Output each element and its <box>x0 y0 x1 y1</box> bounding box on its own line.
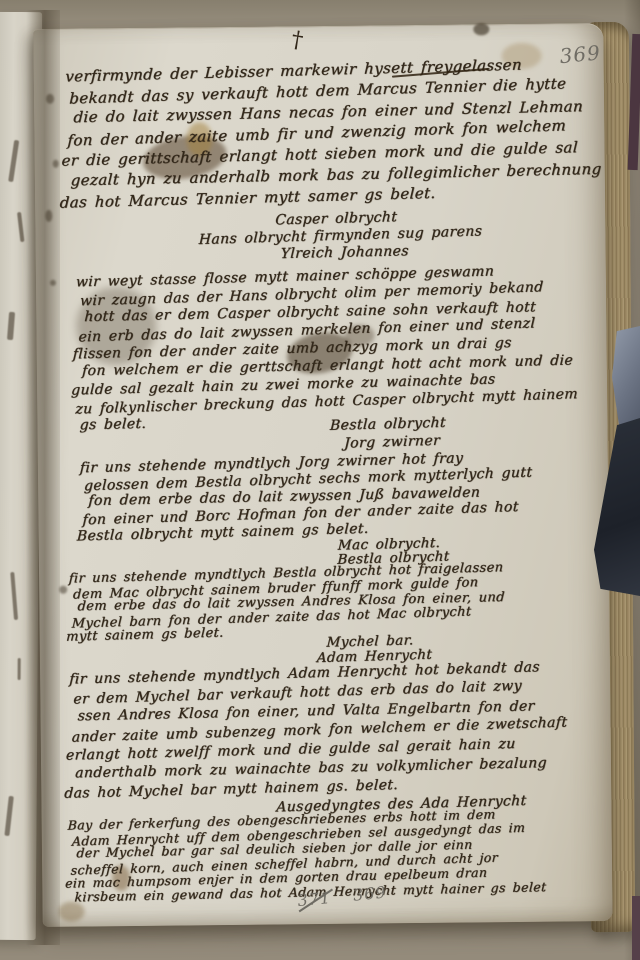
manuscript-paragraph: wir weyt stasse flosse mytt mainer schöp… <box>69 260 576 435</box>
manuscript-page: † 369 verfirmynde der Lebisser markewir … <box>33 23 612 927</box>
stain <box>473 23 489 35</box>
scribal-cross-mark: † <box>289 26 305 54</box>
ink-bleed-mark <box>18 658 21 680</box>
manuscript-paragraph: fir uns stehende myndtlych Adam Henrycht… <box>64 657 580 804</box>
manuscript-paragraph: fir uns stehende myndtlych Jorg zwirner … <box>76 448 570 546</box>
manuscript-photo: † 369 verfirmynde der Lebisser markewir … <box>0 0 640 960</box>
crossed-out-number: 371 <box>297 888 332 910</box>
ink-bleed-mark <box>17 212 24 242</box>
gutter-shadow <box>26 10 60 945</box>
signature-block: Casper olbrychtHans olbrycht firmynden s… <box>94 205 576 269</box>
ink-bleed-mark <box>7 312 15 340</box>
stain <box>59 586 67 594</box>
number-gap <box>338 901 348 902</box>
manuscript-paragraph: verfirmynde der Lebisser markewir hysett… <box>59 53 570 213</box>
ink-bleed-mark <box>8 140 19 182</box>
ink-bleed-mark <box>10 572 18 620</box>
folio-number-bottom: 369 <box>352 883 387 905</box>
ink-bleed-mark <box>4 796 13 836</box>
background-object-sliver <box>632 896 640 960</box>
